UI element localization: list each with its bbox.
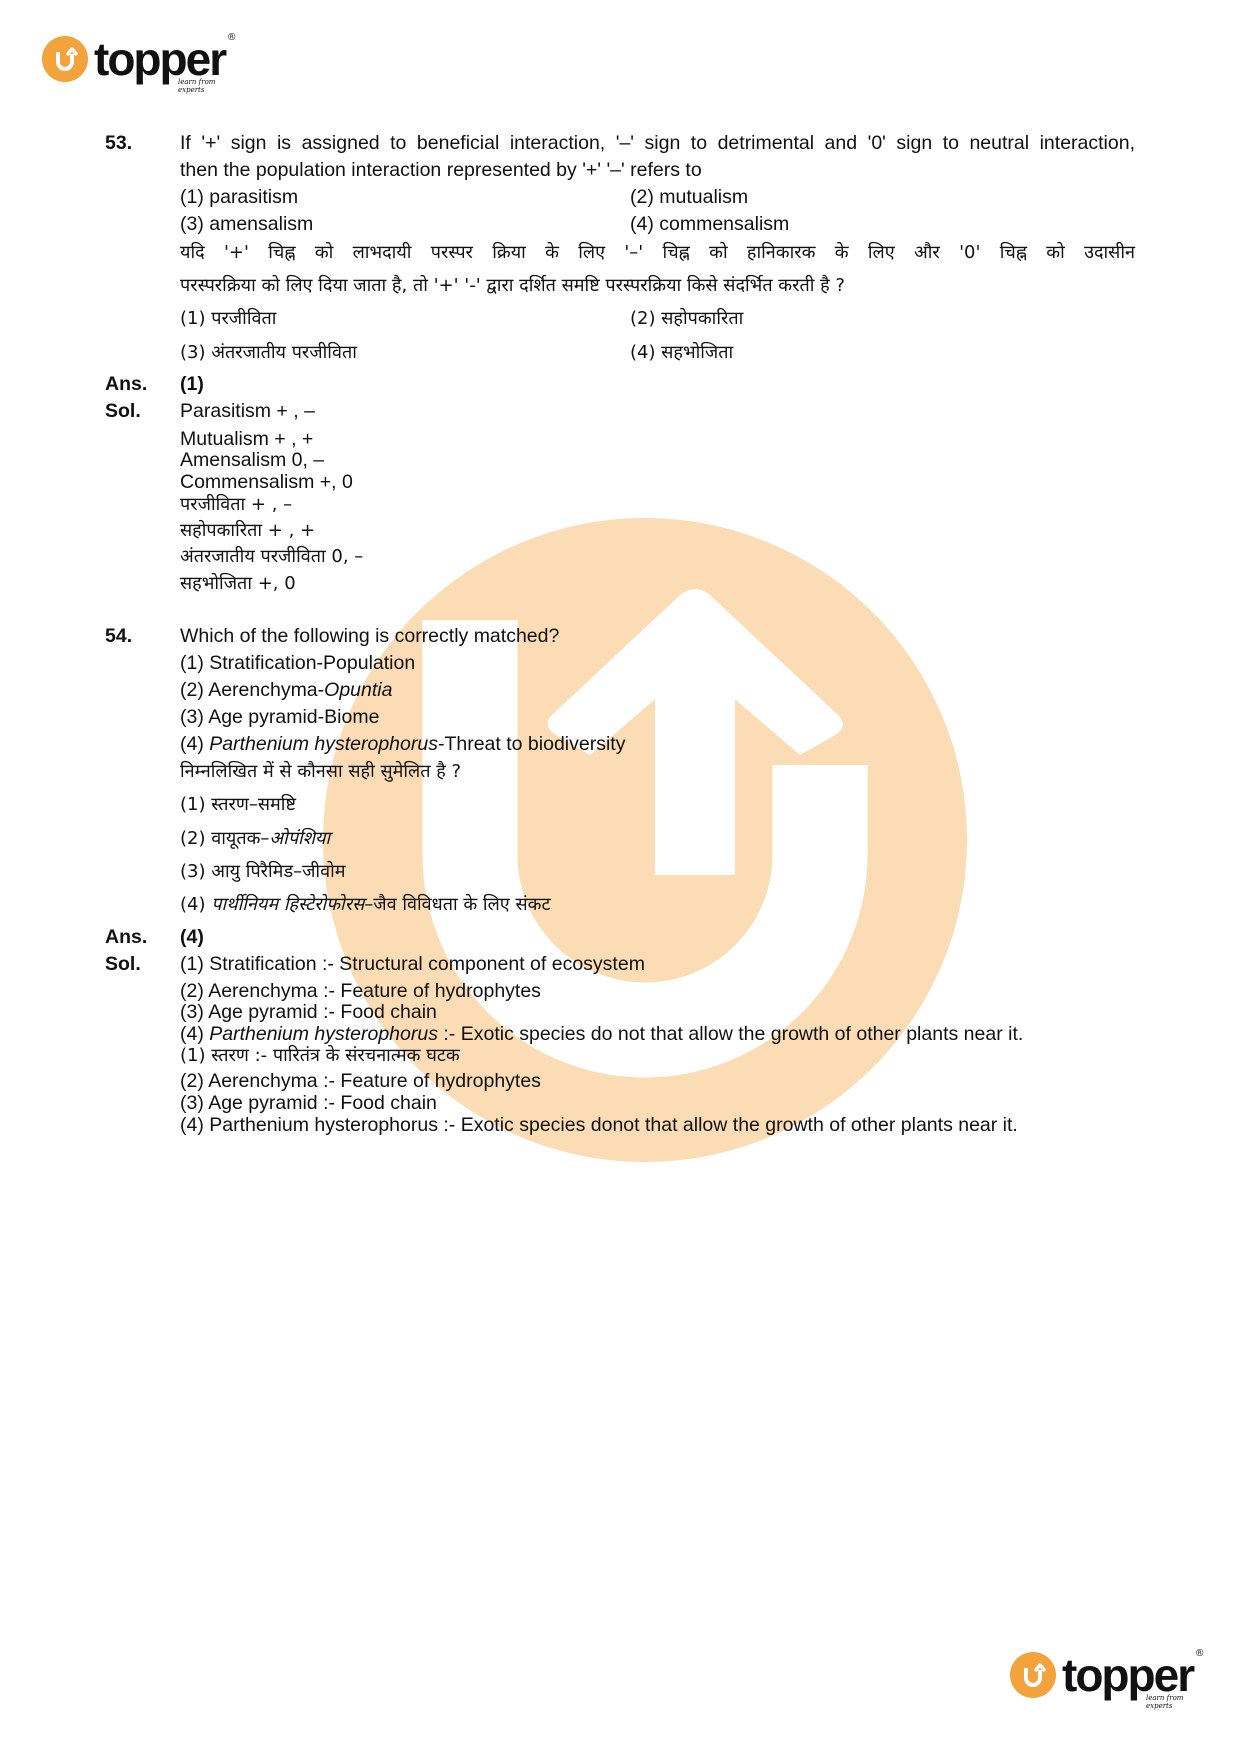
brand-logo-bottom: topper ® learn from experts bbox=[1010, 1652, 1193, 1698]
option-hi: (2) वायूतक–ओपंशिया bbox=[180, 827, 330, 851]
option-en: (2) Aerenchyma-Opuntia bbox=[180, 678, 392, 702]
solution-line: Commensalism +, 0 bbox=[180, 470, 353, 494]
option-en: (2) mutualism bbox=[630, 185, 748, 209]
answer-label: Ans. bbox=[105, 372, 147, 396]
solution-line: (2) Aerenchyma :- Feature of hydrophytes bbox=[180, 1069, 541, 1093]
solution-line: (4) Parthenium hysterophorus :- Exotic s… bbox=[180, 1113, 1018, 1137]
option-en: (3) amensalism bbox=[180, 212, 313, 236]
solution-line: अंतरजातीय परजीविता 0, – bbox=[180, 545, 363, 569]
option-hi: (1) परजीविता bbox=[180, 307, 276, 331]
option-en: (3) Age pyramid-Biome bbox=[180, 705, 379, 729]
question-number: 54. bbox=[105, 624, 132, 648]
option-en: (1) Stratification-Population bbox=[180, 651, 415, 675]
answer-value: (4) bbox=[180, 925, 204, 949]
solution-line: (3) Age pyramid :- Food chain bbox=[180, 1091, 437, 1115]
option-hi: (2) सहोपकारिता bbox=[630, 307, 743, 331]
solution-line: सहोपकारिता + , + bbox=[180, 519, 315, 543]
question-number: 53. bbox=[105, 131, 132, 155]
registered-mark: ® bbox=[1196, 1648, 1203, 1659]
solution-label: Sol. bbox=[105, 952, 141, 976]
u-arrow-up-icon bbox=[1010, 1652, 1056, 1698]
question-text-hi: निम्नलिखित में से कौनसा सही सुमेलित है ? bbox=[180, 760, 461, 784]
solution-label: Sol. bbox=[105, 399, 141, 423]
solution-line: Parasitism + , – bbox=[180, 399, 315, 423]
question-text-en: If '+' sign is assigned to beneficial in… bbox=[180, 131, 1135, 155]
brand-name: topper bbox=[94, 36, 225, 82]
solution-line: Amensalism 0, – bbox=[180, 448, 324, 472]
option-hi: (4) सहभोजिता bbox=[630, 341, 733, 365]
solution-line: (1) स्तरण :- पारितंत्र के संरचनात्मक घटक bbox=[180, 1044, 460, 1068]
solution-line: (1) Stratification :- Structural compone… bbox=[180, 952, 645, 976]
brand-tagline: learn from experts bbox=[1146, 1694, 1193, 1710]
solution-line: सहभोजिता +, 0 bbox=[180, 572, 296, 596]
answer-value: (1) bbox=[180, 372, 204, 396]
option-hi: (4) पार्थीनियम हिस्टेरोफोरस–जैव विविधता … bbox=[180, 893, 551, 917]
question-text-hi: यदि '+' चिह्न को लाभदायी परस्पर क्रिया क… bbox=[180, 241, 1135, 265]
question-text-en: then the population interaction represen… bbox=[180, 158, 702, 182]
option-en: (1) parasitism bbox=[180, 185, 298, 209]
option-en: (4) Parthenium hysterophorus-Threat to b… bbox=[180, 732, 625, 756]
question-text-en: Which of the following is correctly matc… bbox=[180, 624, 559, 648]
brand-tagline: learn from experts bbox=[178, 78, 225, 94]
answer-label: Ans. bbox=[105, 925, 147, 949]
solution-line: (3) Age pyramid :- Food chain bbox=[180, 1000, 437, 1024]
option-hi: (3) आयु पिरैमिड–जीवोम bbox=[180, 860, 346, 884]
brand-logo-top: topper ® learn from experts bbox=[42, 36, 225, 82]
option-en: (4) commensalism bbox=[630, 212, 789, 236]
option-hi: (3) अंतरजातीय परजीविता bbox=[180, 341, 357, 365]
brand-name: topper bbox=[1062, 1652, 1193, 1698]
option-hi: (1) स्तरण–समष्टि bbox=[180, 793, 296, 817]
solution-line: परजीविता + , – bbox=[180, 493, 292, 517]
solution-line: (4) Parthenium hysterophorus :- Exotic s… bbox=[180, 1022, 1023, 1046]
u-arrow-up-icon bbox=[42, 36, 88, 82]
registered-mark: ® bbox=[228, 32, 235, 43]
question-text-hi: परस्परक्रिया को लिए दिया जाता है, तो '+'… bbox=[180, 274, 845, 298]
